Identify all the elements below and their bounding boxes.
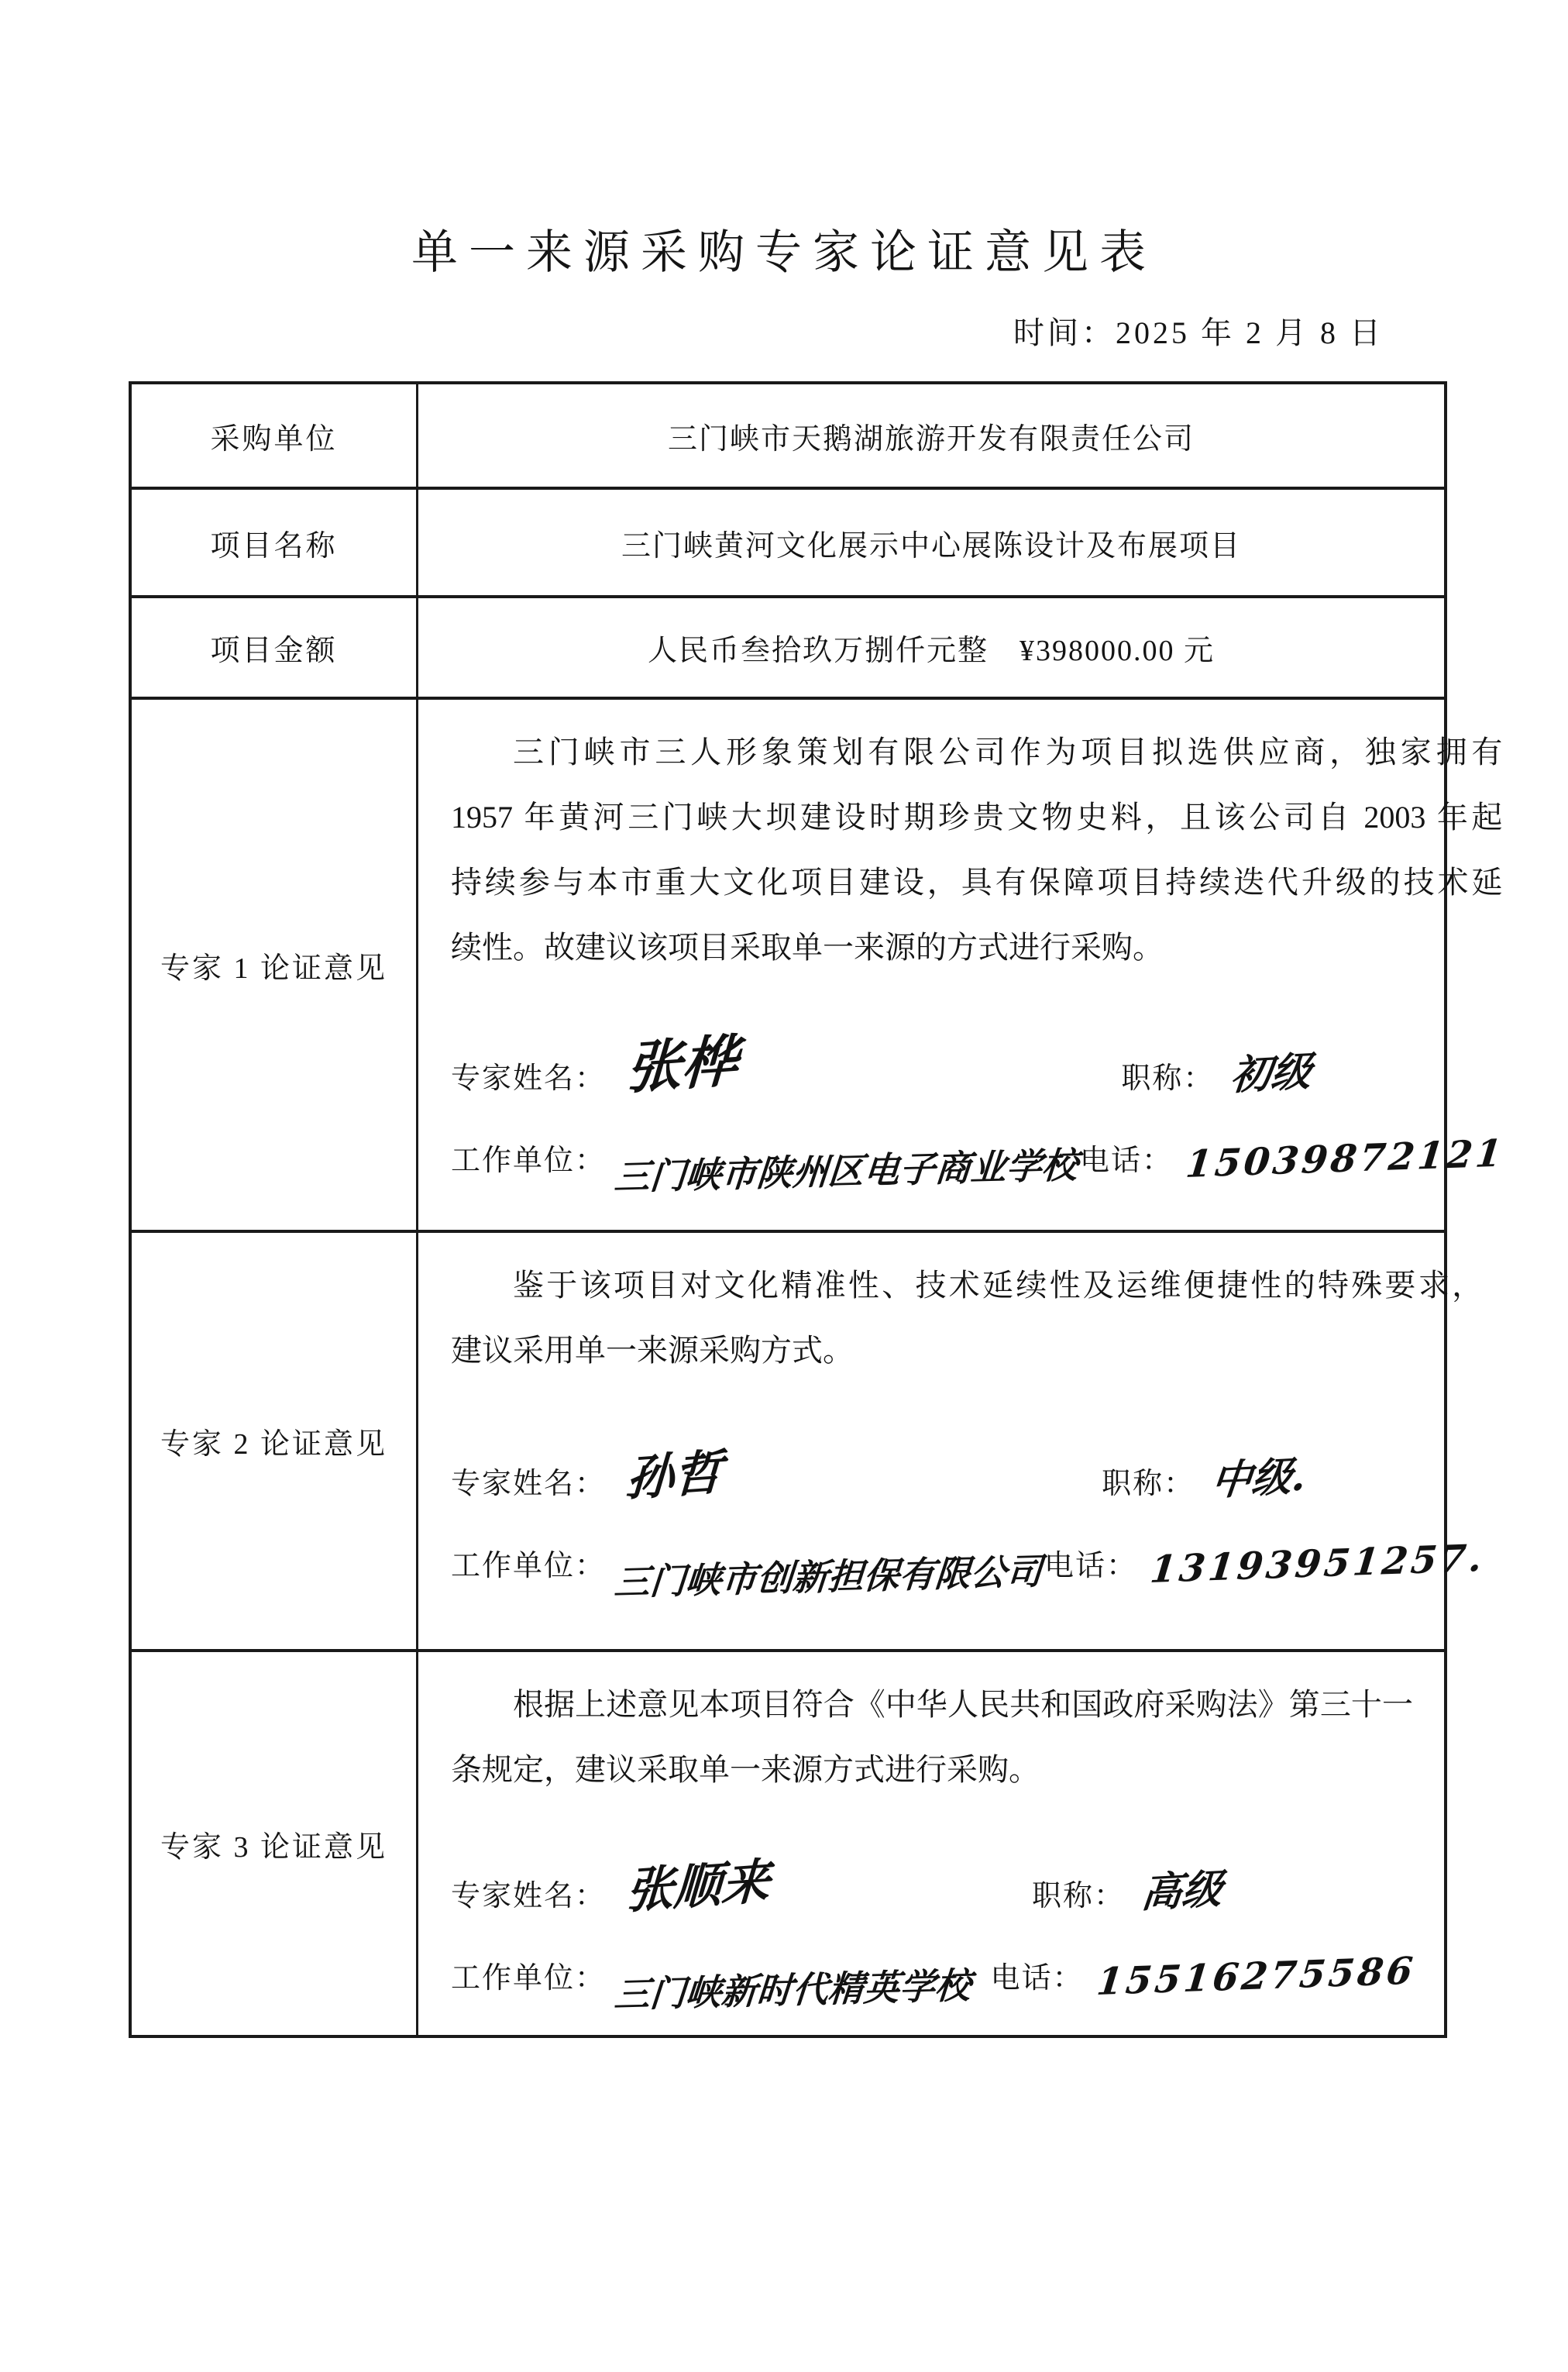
page-title: 单一来源采购专家论证意见表 [0,215,1568,282]
phone-field: 电话： 13193951257. [1044,1520,1483,1592]
project-amount-value: 人民币叁拾玖万捌仟元整 ¥398000.00 元 [418,598,1444,697]
expert-unit-handwritten: 三门峡新时代精英学校 [613,1957,973,2018]
opinion-line: 持续参与本市重大文化项目建设，具有保障项目持续迭代升级的技术延 [451,850,1502,915]
signature-row: 工作单位： 三门峡市陕州区电子商业学校 电话： 15039872121 [451,1115,1502,1186]
expert-2-opinion: 鉴于该项目对文化精准性、技术延续性及运维便捷性的特殊要求， 建议采用单一来源采购… [451,1253,1483,1383]
purchaser-value: 三门峡市天鹅湖旅游开发有限责任公司 [418,384,1444,487]
expert-3-signature-block: 专家姓名： 张顺来 职称： 高级 工作单位： 三门峡新时代精英学校 [451,1850,1413,2004]
opinion-line: 1957 年黄河三门峡大坝建设时期珍贵文物史料，且该公司自 2003 年起 [451,785,1502,850]
expert-1-row: 专家 1 论证意见 三门峡市三人形象策划有限公司作为项目拟选供应商，独家拥有 1… [132,700,1444,1233]
expert-title-label: 职称： [1032,1871,1125,1922]
expert-3-label: 专家 3 论证意见 [132,1652,418,2035]
expert-title-handwritten: 中级. [1209,1443,1309,1510]
expert-1-cell: 三门峡市三人形象策划有限公司作为项目拟选供应商，独家拥有 1957 年黄河三门峡… [418,700,1533,1230]
expert-2-cell: 鉴于该项目对文化精准性、技术延续性及运维便捷性的特殊要求， 建议采用单一来源采购… [418,1233,1514,1649]
signature-row: 工作单位： 三门峡市创新担保有限公司 电话： 13193951257. [451,1520,1483,1592]
expert-phone-label: 电话： [1080,1136,1173,1186]
expert-unit-label: 工作单位： [451,1136,606,1186]
signature-row: 专家姓名： 张顺来 职称： 高级 [451,1850,1413,1922]
opinion-line: 续性。故建议该项目采取单一来源的方式进行采购。 [451,915,1502,980]
expert-title-handwritten: 高级 [1139,1856,1226,1922]
expert-unit-label: 工作单位： [451,1954,606,2004]
expert-title-label: 职称： [1102,1459,1195,1510]
expert-3-opinion: 根据上述意见本项目符合《中华人民共和国政府采购法》第三十一 条规定，建议采取单一… [451,1672,1413,1802]
title-field: 职称： 中级. [1102,1438,1483,1510]
name-field: 专家姓名： 张顺来 [451,1850,1032,1922]
unit-field: 工作单位： 三门峡市陕州区电子商业学校 [451,1115,1080,1186]
expert-name-label: 专家姓名： [451,1054,606,1104]
project-name-value: 三门峡黄河文化展示中心展陈设计及布展项目 [418,490,1444,595]
opinion-line: 根据上述意见本项目符合《中华人民共和国政府采购法》第三十一 [451,1672,1413,1737]
expert-2-label: 专家 2 论证意见 [132,1233,418,1649]
expert-unit-handwritten: 三门峡市陕州区电子商业学校 [613,1137,1080,1200]
phone-field: 电话： 15039872121 [1080,1115,1502,1186]
expert-title-label: 职称： [1121,1054,1214,1104]
expert-2-signature-block: 专家姓名： 孙哲 职称： 中级. 工作单位： 三门峡市创新担保有限公司 [451,1438,1483,1618]
project-name-label: 项目名称 [132,490,418,595]
unit-field: 工作单位： 三门峡新时代精英学校 [451,1933,991,2004]
signature-row: 工作单位： 三门峡新时代精英学校 电话： 15516275586 [451,1933,1413,2004]
expert-title-handwritten: 初级 [1228,1038,1315,1104]
unit-field: 工作单位： 三门峡市创新担保有限公司 [451,1520,1044,1592]
expert-2-row: 专家 2 论证意见 鉴于该项目对文化精准性、技术延续性及运维便捷性的特殊要求， … [132,1233,1444,1652]
expert-name-label: 专家姓名： [451,1871,606,1922]
table-row: 项目名称 三门峡黄河文化展示中心展陈设计及布展项目 [132,490,1444,598]
name-field: 专家姓名： 孙哲 [451,1438,1102,1510]
opinion-line: 三门峡市三人形象策划有限公司作为项目拟选供应商，独家拥有 [451,720,1502,785]
expert-phone-label: 电话： [1044,1541,1137,1592]
opinion-line: 鉴于该项目对文化精准性、技术延续性及运维便捷性的特殊要求， [451,1253,1483,1318]
expert-3-row: 专家 3 论证意见 根据上述意见本项目符合《中华人民共和国政府采购法》第三十一 … [132,1652,1444,2035]
title-field: 职称： 高级 [1032,1850,1413,1922]
project-amount-label: 项目金额 [132,598,418,697]
expert-name-handwritten: 张顺来 [624,1842,772,1922]
expert-name-handwritten: 孙哲 [624,1434,724,1510]
signature-row: 专家姓名： 孙哲 职称： 中级. [451,1438,1483,1510]
expert-1-opinion: 三门峡市三人形象策划有限公司作为项目拟选供应商，独家拥有 1957 年黄河三门峡… [451,720,1502,980]
expert-phone-handwritten: 13193951257. [1148,1537,1487,1592]
opinion-line: 建议采用单一来源采购方式。 [451,1318,1483,1383]
expert-unit-handwritten: 三门峡市创新担保有限公司 [613,1544,1044,1606]
phone-field: 电话： 15516275586 [991,1933,1413,2004]
table-row: 项目金额 人民币叁拾玖万捌仟元整 ¥398000.00 元 [132,598,1444,700]
expert-name-handwritten: 张桦 [624,1015,740,1104]
expert-phone-handwritten: 15516275586 [1095,1949,1418,2004]
opinion-line: 条规定，建议采取单一来源方式进行采购。 [451,1737,1413,1802]
expert-1-label: 专家 1 论证意见 [132,700,418,1230]
expert-3-cell: 根据上述意见本项目符合《中华人民共和国政府采购法》第三十一 条规定，建议采取单一… [418,1652,1444,2035]
date-line: 时间：2025 年 2 月 8 日 [1013,308,1384,353]
table-row: 采购单位 三门峡市天鹅湖旅游开发有限责任公司 [132,384,1444,490]
signature-row: 专家姓名： 张桦 职称： 初级 [451,1024,1502,1104]
name-field: 专家姓名： 张桦 [451,1024,1121,1104]
title-field: 职称： 初级 [1121,1033,1502,1104]
expert-1-signature-block: 专家姓名： 张桦 职称： 初级 工作单位： 三门峡市陕州区电子商业学校 [451,1024,1502,1199]
expert-name-label: 专家姓名： [451,1459,606,1510]
expert-phone-handwritten: 15039872121 [1184,1131,1507,1186]
scanned-document-page: 单一来源采购专家论证意见表 时间：2025 年 2 月 8 日 采购单位 三门峡… [0,0,1568,2372]
purchaser-label: 采购单位 [132,384,418,487]
procurement-opinion-table: 采购单位 三门峡市天鹅湖旅游开发有限责任公司 项目名称 三门峡黄河文化展示中心展… [129,381,1447,2038]
expert-phone-label: 电话： [991,1954,1084,2004]
expert-unit-label: 工作单位： [451,1541,606,1592]
